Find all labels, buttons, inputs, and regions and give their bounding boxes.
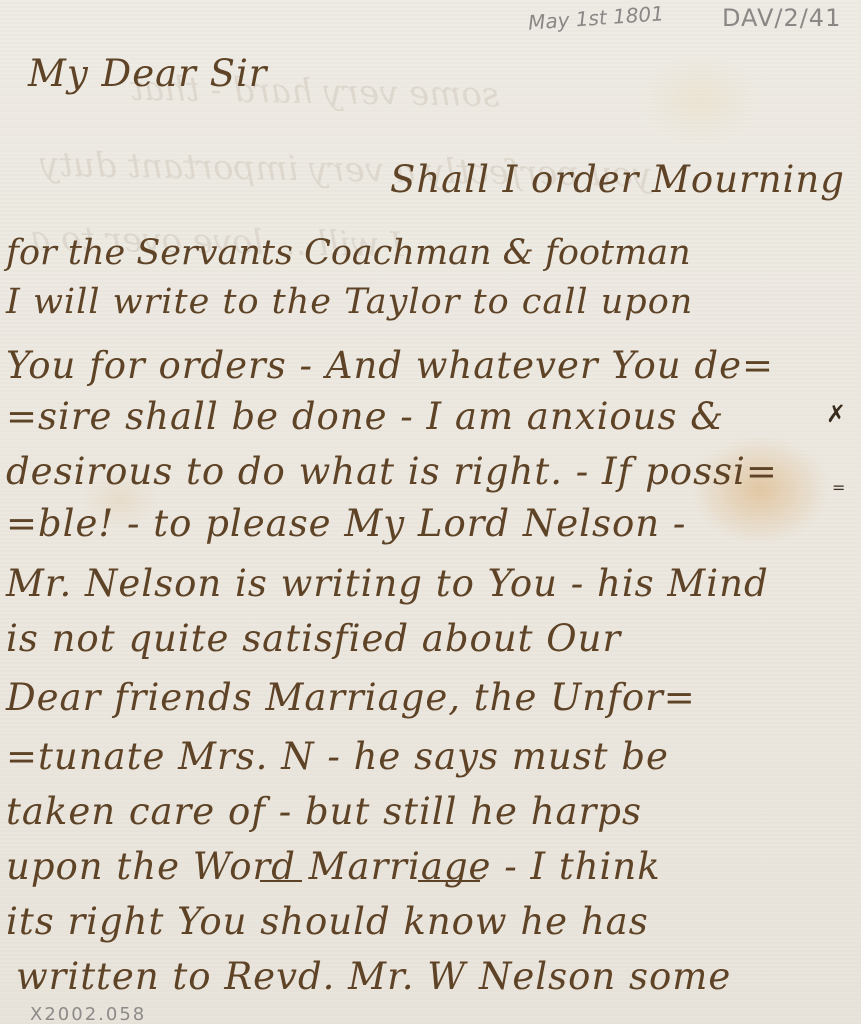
letter-line: =ble! - to please My Lord Nelson - [6, 502, 686, 545]
letter-line: Mr. Nelson is writing to You - his Mind [6, 562, 769, 605]
ampersand-mark: ✗ [826, 400, 846, 428]
letter-line: I will write to the Taylor to call upon [6, 282, 693, 322]
hyphen-mark: = [832, 478, 845, 497]
letter-line: is not quite satisfied about Our [6, 617, 621, 660]
letter-line: Dear friends Marriage, the Unfor= [6, 676, 696, 719]
letter-line: its right You should know he has [6, 900, 649, 943]
letter-line: written to Revd. Mr. W Nelson some [16, 955, 731, 998]
underline-marriage [418, 880, 480, 882]
letter-line: =tunate Mrs. N - he says must be [6, 735, 669, 778]
letter-line: upon the Word Marriage - I think [6, 845, 661, 888]
catalog-number: X2002.058 [30, 1004, 146, 1024]
letter-paper: some very hard - that you perfectly a ve… [0, 0, 861, 1024]
underline-word [260, 880, 302, 882]
archive-reference: DAV/2/41 [722, 4, 841, 32]
letter-line: taken care of - but still he harps [6, 790, 642, 833]
letter-line: Shall I order Mourning [390, 158, 845, 201]
letter-line: for the Servants Coachman & footman [6, 233, 691, 273]
letter-line: desirous to do what is right. - If possi… [6, 450, 778, 493]
salutation: My Dear Sir [28, 52, 268, 95]
letter-line: You for orders - And whatever You de= [6, 344, 774, 387]
letter-line: =sire shall be done - I am anxious & [6, 395, 724, 438]
archive-date-annotation: May 1st 1801 [527, 1, 664, 34]
